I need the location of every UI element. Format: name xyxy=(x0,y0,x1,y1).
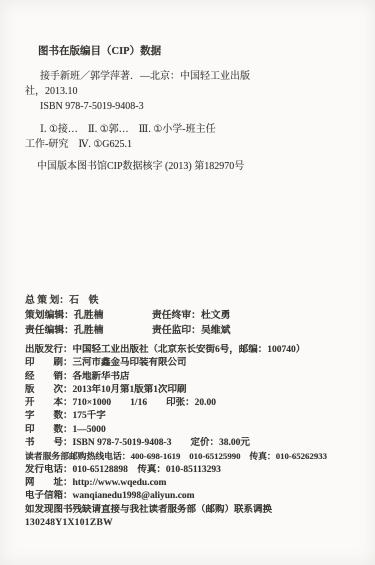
staff-row-planning-editor: 策划编辑：孔胜楠 责任终审：杜文勇 xyxy=(25,309,369,324)
pub-label: 出版发行： xyxy=(25,345,73,355)
pub-label: 版 次： xyxy=(25,385,73,395)
staff-right-pair: 责任终审：杜文勇 xyxy=(152,309,230,324)
pub-label: 经 销： xyxy=(25,372,73,382)
pub-label: 发行电话： xyxy=(25,465,73,475)
staff-credits: 总 策 划：石 铁 策划编辑：孔胜楠 责任终审：杜文勇 责任编辑：孔胜楠 责任监… xyxy=(25,294,369,338)
staff-row-chief-planner: 总 策 划：石 铁 xyxy=(25,294,369,309)
cip-entry-line2: 社，2013.10 xyxy=(25,85,78,98)
pub-row-format: 开 本：710×1000 1/16 印张：20.00 xyxy=(25,397,373,410)
pub-row-printer: 印 刷：三河市鑫金马印装有限公司 xyxy=(25,357,373,370)
pub-value: ISBN 978-7-5019-9408-3 定价：38.00元 xyxy=(73,438,250,448)
pub-value: 各地新华书店 xyxy=(73,372,130,382)
staff-left-label: 总 策 划： xyxy=(25,295,69,306)
pub-value: 三河市鑫金马印装有限公司 xyxy=(73,358,187,368)
book-print-code: 130248Y1X101ZBW xyxy=(25,517,373,530)
staff-right-label: 责任监印： xyxy=(152,325,201,336)
copyright-page: 图书在版编目（CIP）数据 接手新班／郭学萍著．—北京：中国轻工业出版 社，20… xyxy=(0,0,375,565)
pub-value: 2013年10月第1版第1次印刷 xyxy=(73,385,187,395)
pub-row-reader-service-hotline: 读者服务部邮购热线电话：400-698-1619 010-65125990 传真… xyxy=(25,450,373,463)
pub-row-word-count: 字 数：175千字 xyxy=(25,410,373,423)
pub-row-print-run: 印 数：1—5000 xyxy=(25,424,373,437)
pub-value: 1—5000 xyxy=(73,425,106,435)
pub-label: 电子信箱： xyxy=(25,491,73,501)
pub-label: 网 址： xyxy=(25,478,73,488)
cip-classification-line2: 工作-研究 Ⅳ. ①G625.1 xyxy=(25,138,132,151)
defect-exchange-notice: 如发现图书残缺请直接与我社读者服务部（邮购）联系调换 xyxy=(25,504,373,517)
pub-row-edition: 版 次：2013年10月第1版第1次印刷 xyxy=(25,384,373,397)
pub-value: 710×1000 1/16 印张：20.00 xyxy=(73,398,216,408)
pub-row-distributor: 经 销：各地新华书店 xyxy=(25,371,373,384)
staff-left-value: 孔胜楠 xyxy=(74,310,103,321)
staff-right-pair: 责任监印：吴维斌 xyxy=(152,324,230,339)
pub-row-email: 电子信箱：wanqianedu1998@aliyun.com xyxy=(25,490,373,503)
cip-entry-line1: 接手新班／郭学萍著．—北京：中国轻工业出版 xyxy=(40,70,250,83)
pub-value: 010-65128898 传真：010-85113293 xyxy=(73,465,221,475)
cip-heading: 图书在版编目（CIP）数据 xyxy=(38,45,161,58)
staff-left-value: 石 铁 xyxy=(69,295,98,306)
staff-right-value: 吴维斌 xyxy=(201,325,230,336)
staff-right-label: 责任终审： xyxy=(152,310,201,321)
pub-value: 中国轻工业出版社（北京东长安街6号，邮编：100740） xyxy=(73,345,306,355)
cip-classification-line1: Ⅰ. ①接… Ⅱ. ①郭… Ⅲ. ①小学-班主任 xyxy=(40,123,216,136)
staff-left-label: 责任编辑： xyxy=(25,325,74,336)
pub-row-isbn-price: 书 号：ISBN 978-7-5019-9408-3 定价：38.00元 xyxy=(25,437,373,450)
pub-row-website: 网 址：http://www.wqedu.com xyxy=(25,477,373,490)
pub-value: 400-698-1619 010-65125990 传真：010-6526293… xyxy=(131,451,327,461)
pub-label: 字 数： xyxy=(25,411,73,421)
pub-row-distribution-phone: 发行电话：010-65128898 传真：010-85113293 xyxy=(25,464,373,477)
staff-right-value: 杜文勇 xyxy=(201,310,230,321)
cip-registry-number: 中国版本图书馆CIP数据核字 (2013) 第182970号 xyxy=(37,160,244,173)
pub-value: 175千字 xyxy=(73,411,106,421)
pub-value: http://www.wqedu.com xyxy=(73,478,167,488)
pub-label: 书 号： xyxy=(25,438,73,448)
staff-left-value: 孔胜楠 xyxy=(74,325,103,336)
pub-label: 开 本： xyxy=(25,398,73,408)
staff-left-label: 策划编辑： xyxy=(25,310,74,321)
pub-label: 印 刷： xyxy=(25,358,73,368)
publication-details: 出版发行：中国轻工业出版社（北京东长安街6号，邮编：100740） 印 刷：三河… xyxy=(25,344,373,530)
staff-row-responsible-editor: 责任编辑：孔胜楠 责任监印：吴维斌 xyxy=(25,324,369,339)
pub-label: 读者服务部邮购热线电话： xyxy=(25,451,131,461)
cip-isbn: ISBN 978-7-5019-9408-3 xyxy=(40,100,144,113)
pub-label: 印 数： xyxy=(25,425,73,435)
pub-row-publisher: 出版发行：中国轻工业出版社（北京东长安街6号，邮编：100740） xyxy=(25,344,373,357)
pub-value: wanqianedu1998@aliyun.com xyxy=(73,491,195,501)
